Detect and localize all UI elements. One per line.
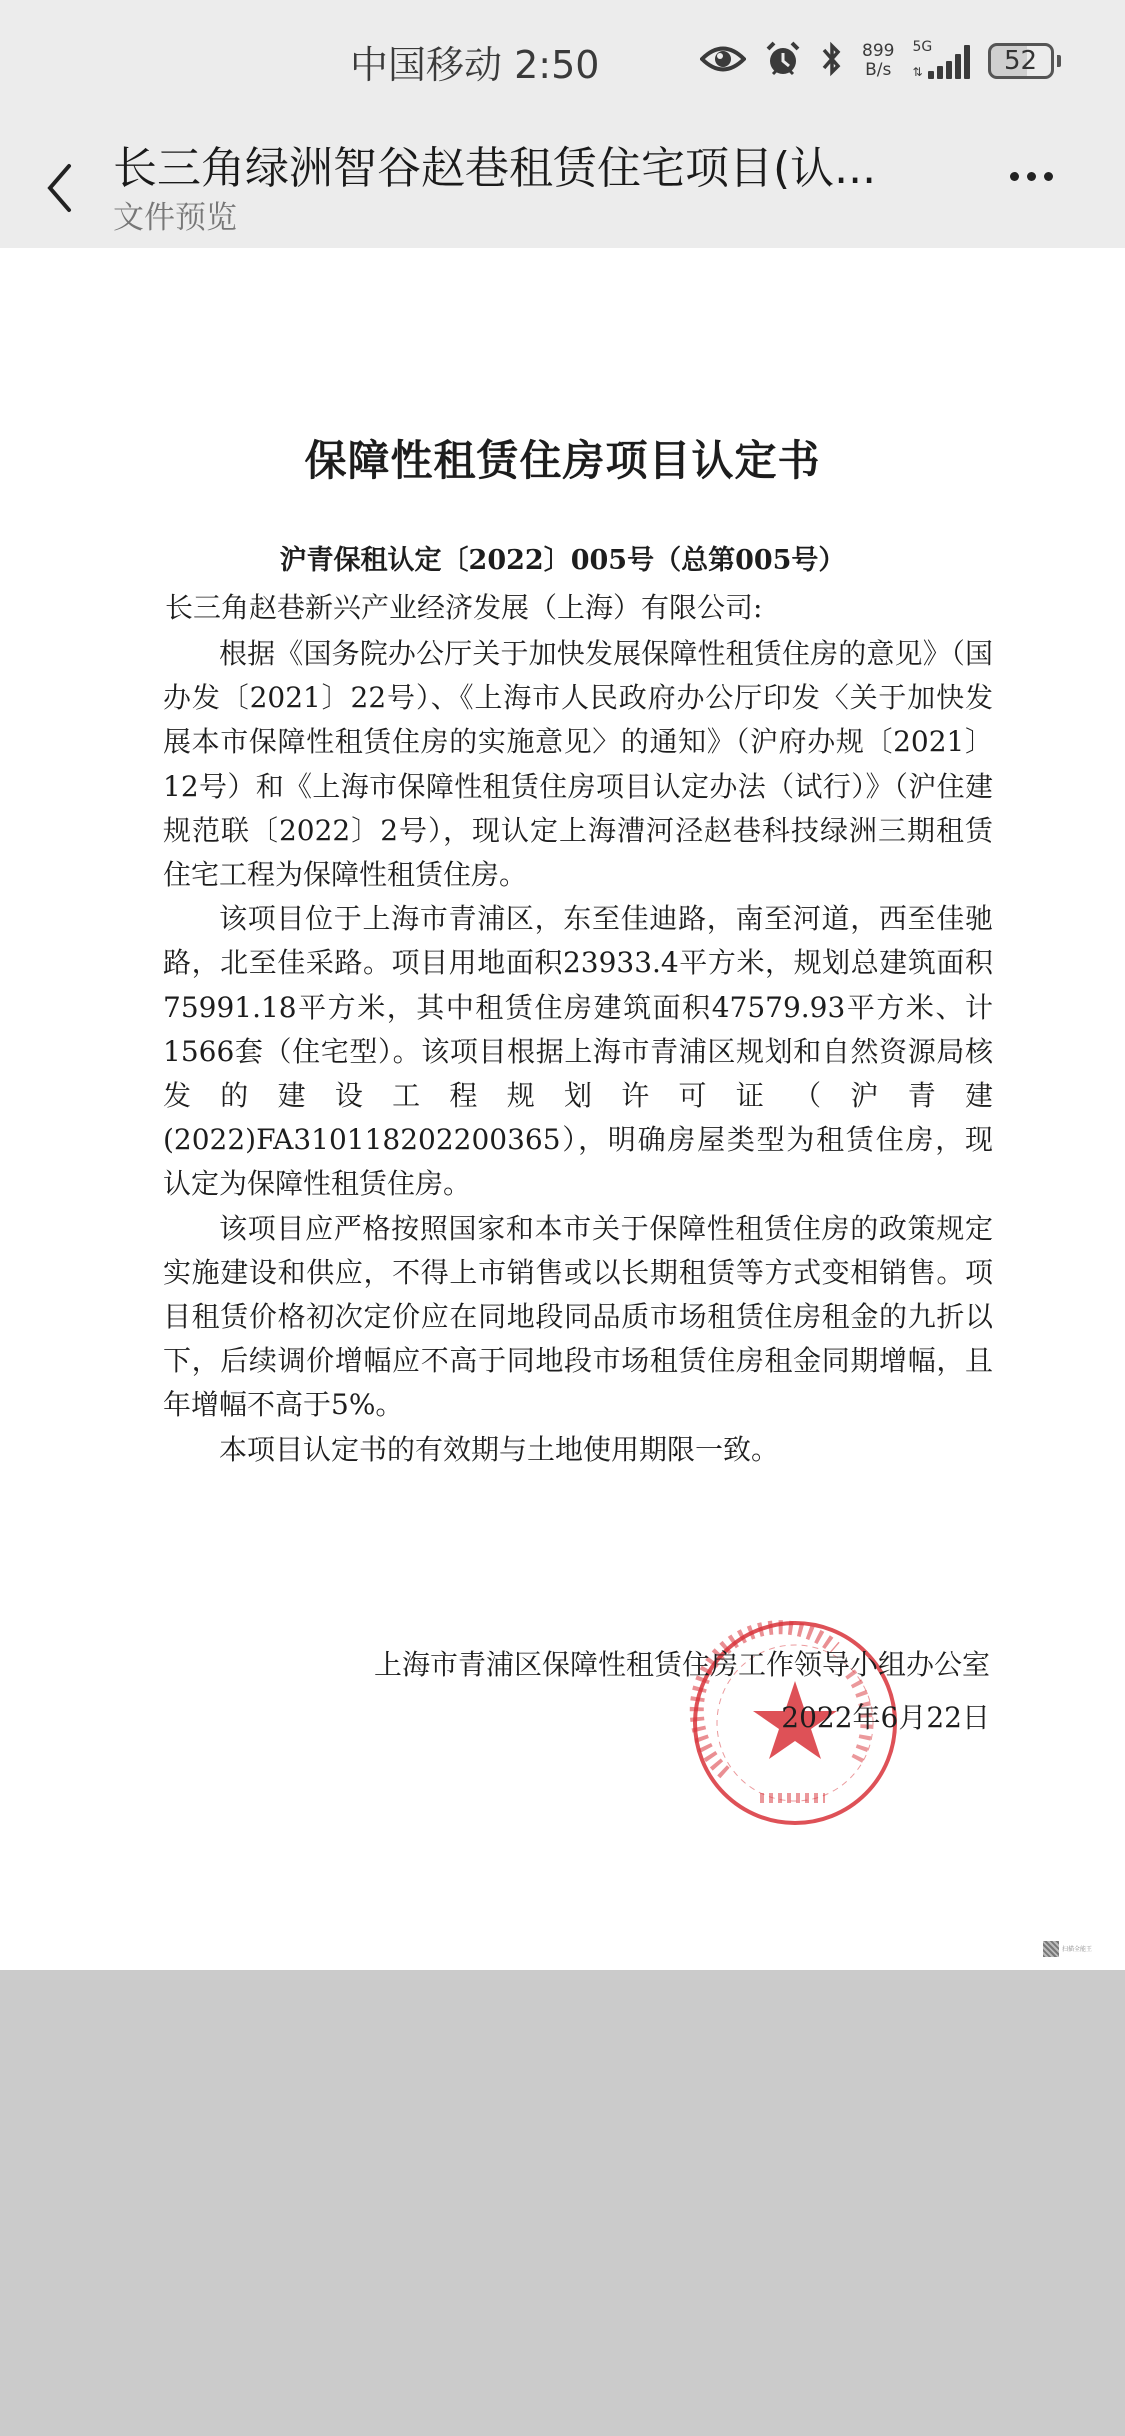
status-icons: 899 B/s 5G ⇅ 52	[700, 36, 1061, 86]
more-horizontal-icon	[1010, 172, 1019, 181]
signal-icon: 5G ⇅	[912, 43, 969, 79]
paragraph-basis: 根据《国务院办公厅关于加快发展保障性租赁住房的意见》（国办发〔2021〕22号）…	[163, 632, 993, 897]
eye-comfort-icon	[700, 44, 746, 78]
battery-icon: 52	[988, 43, 1061, 79]
status-bar: 中国移动 2:50 899 B/s 5G ⇅ 52	[0, 0, 1125, 120]
document-page[interactable]: 保障性租赁住房项目认定书 沪青保租认定〔2022〕005号（总第005号） 长三…	[0, 248, 1125, 1970]
paragraph-validity: 本项目认定书的有效期与土地使用期限一致。	[163, 1428, 993, 1472]
file-title: 长三角绿洲智谷赵巷租赁住宅项目(认...	[113, 132, 876, 196]
document-number: 沪青保租认定〔2022〕005号（总第005号）	[0, 538, 1125, 577]
qr-code-icon	[1043, 1941, 1059, 1957]
scanner-watermark: 扫描全能王	[1043, 1941, 1092, 1957]
chevron-left-icon	[45, 162, 73, 214]
addressee: 长三角赵巷新兴产业经济发展（上海）有限公司:	[165, 586, 762, 626]
file-subtitle: 文件预览	[113, 192, 237, 237]
document-title: 保障性租赁住房项目认定书	[0, 428, 1125, 488]
paragraph-requirements: 该项目应严格按照国家和本市关于保障性租赁住房的政策规定实施建设和供应，不得上市销…	[163, 1207, 993, 1428]
bluetooth-icon	[820, 40, 844, 82]
document-content: 保障性租赁住房项目认定书 沪青保租认定〔2022〕005号（总第005号） 长三…	[0, 248, 1125, 1970]
document-body: 根据《国务院办公厅关于加快发展保障性租赁住房的意见》（国办发〔2021〕22号）…	[163, 632, 993, 1472]
paragraph-location: 该项目位于上海市青浦区，东至佳迪路，南至河道，西至佳驰路，北至佳采路。项目用地面…	[163, 897, 993, 1206]
viewer-background	[0, 1970, 1125, 2436]
data-arrows-icon: ⇅	[912, 65, 922, 79]
alarm-icon	[764, 40, 802, 82]
clock: 2:50	[514, 43, 599, 87]
back-button[interactable]	[34, 158, 84, 218]
carrier-name: 中国移动	[350, 43, 502, 87]
issuing-office: 上海市青浦区保障性租赁住房工作领导小组办公室	[374, 1643, 990, 1683]
issue-date: 2022年6月22日	[781, 1696, 990, 1736]
app-header: 长三角绿洲智谷赵巷租赁住宅项目(认... 文件预览	[0, 120, 1125, 248]
carrier-time: 中国移动 2:50	[350, 34, 599, 89]
more-options-button[interactable]	[1010, 172, 1053, 181]
network-speed: 899 B/s	[862, 42, 894, 80]
